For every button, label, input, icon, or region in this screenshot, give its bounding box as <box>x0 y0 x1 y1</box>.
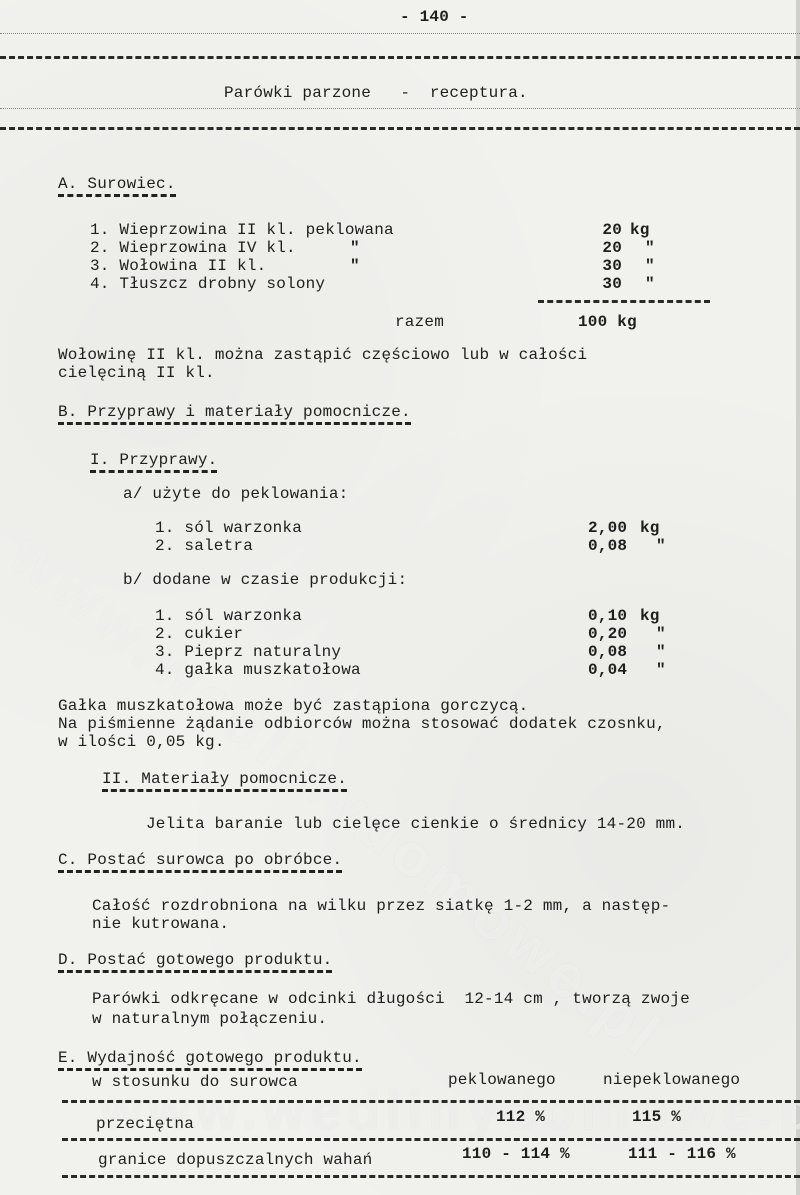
ingredient-label: 4. Tłuszcz drobny solony <box>90 275 325 293</box>
group-heading: a/ użyte do peklowania: <box>123 485 348 503</box>
section-b-heading: B. Przyprawy i materiały pomocnicze. <box>58 403 411 421</box>
table-cell: 112 % <box>496 1108 545 1126</box>
ingredient-label: 1. Wieprzowina II kl. peklowana <box>90 221 394 239</box>
section-b-heading-text: B. Przyprawy i materiały pomocnicze. <box>58 403 411 425</box>
table-cell: 115 % <box>632 1108 681 1126</box>
ingredient-unit: kg <box>630 221 650 239</box>
section-e-heading-text: E. Wydajność gotowego produktu. <box>58 1049 362 1071</box>
divider <box>0 108 800 109</box>
section-e-heading: E. Wydajność gotowego produktu. <box>58 1049 362 1067</box>
paragraph: Całość rozdrobniona na wilku przez siatk… <box>92 897 670 915</box>
table-cell: 111 - 116 % <box>628 1145 736 1163</box>
spice-label: 3. Pieprz naturalny <box>155 643 341 661</box>
ingredient-label: 3. Wołowina II kl. <box>90 257 266 275</box>
spice-label: 1. sól warzonka <box>155 519 302 537</box>
subsection-heading-text: II. Materiały pomocnicze. <box>102 770 347 792</box>
section-a-heading: A. Surowiec. <box>58 175 176 193</box>
note-line: w ilości 0,05 kg. <box>58 733 225 751</box>
note-line: Gałka muszkatołowa może być zastąpiona g… <box>58 697 528 715</box>
table-cell: przeciętna <box>96 1115 194 1133</box>
section-c-heading-text: C. Postać surowca po obróbce. <box>58 851 342 873</box>
subsection-heading: II. Materiały pomocnicze. <box>102 770 347 788</box>
spice-amount: 2,00 <box>588 519 627 537</box>
ingredient-unit: " <box>645 239 655 257</box>
note-line: Na piśmienne żądanie odbiorców można sto… <box>58 715 666 733</box>
section-d-heading: D. Postać gotowego produktu. <box>58 951 332 969</box>
watermark: www.wedlinydomowe.pl <box>0 520 677 1072</box>
ingredient-label: 2. Wieprzowina IV kl. <box>90 239 296 257</box>
spice-amount: 0,08 <box>588 537 627 555</box>
table-cell: 110 - 114 % <box>462 1145 570 1163</box>
spice-unit: kg <box>640 519 660 537</box>
ingredient-amount: 20 <box>560 221 622 239</box>
page-number: - 140 - <box>400 8 469 26</box>
table-header-cell: niepeklowanego <box>603 1071 740 1089</box>
spice-label: 2. cukier <box>155 625 243 643</box>
table-rule <box>62 1138 800 1141</box>
ingredient-amount: 20 <box>560 239 622 257</box>
sum-rule <box>538 300 710 303</box>
spice-unit: " <box>656 537 666 555</box>
ingredient-amount: 30 <box>560 257 622 275</box>
spice-unit: " <box>656 625 666 643</box>
spice-label: 1. sól warzonka <box>155 607 302 625</box>
table-header-cell: peklowanego <box>448 1071 556 1089</box>
ingredient-amount: 30 <box>560 275 622 293</box>
table-rule <box>62 1100 800 1103</box>
paragraph: w naturalnym połączeniu. <box>92 1010 327 1028</box>
page-title: Parówki parzone - receptura. <box>224 84 528 102</box>
note-line: Wołowinę II kl. można zastąpić częściowo… <box>58 346 587 364</box>
ingredient-unit: " <box>645 257 655 275</box>
paragraph: nie kutrowana. <box>92 915 229 933</box>
spice-amount: 0,10 <box>588 607 627 625</box>
paragraph: Parówki odkręcane w odcinki długości 12-… <box>92 990 690 1008</box>
spice-unit: kg <box>640 607 660 625</box>
table-rule <box>62 1175 800 1178</box>
subsection-heading-text: I. Przyprawy. <box>90 451 217 473</box>
subsection-heading: I. Przyprawy. <box>90 451 217 469</box>
spice-label: 4. gałka muszkatołowa <box>155 661 361 679</box>
note-line: cielęciną II kl. <box>58 364 215 382</box>
scan-edge <box>796 0 800 1195</box>
total-label: razem <box>395 313 444 331</box>
spice-amount: 0,20 <box>588 625 627 643</box>
section-c-heading: C. Postać surowca po obróbce. <box>58 851 342 869</box>
divider <box>0 33 800 34</box>
total-amount: 100 kg <box>578 313 637 331</box>
group-heading: b/ dodane w czasie produkcji: <box>123 571 407 589</box>
spice-unit: " <box>656 661 666 679</box>
spice-amount: 0,04 <box>588 661 627 679</box>
ingredient-unit: " <box>645 275 655 293</box>
table-header-cell: w stosunku do surowca <box>92 1073 298 1091</box>
table-cell: granice dopuszczalnych wahań <box>98 1151 372 1169</box>
spice-label: 2. saletra <box>155 537 253 555</box>
divider <box>0 56 800 59</box>
section-d-heading-text: D. Postać gotowego produktu. <box>58 951 332 973</box>
document-page: www.wedlinydomowe.pl www.wedlinydomowe.p… <box>0 0 800 1195</box>
ditto-mark: " <box>350 239 360 257</box>
spice-amount: 0,08 <box>588 643 627 661</box>
section-a-heading-text: A. Surowiec. <box>58 175 176 197</box>
paragraph: Jelita baranie lub cielęce cienkie o śre… <box>146 815 685 833</box>
spice-unit: " <box>656 643 666 661</box>
ditto-mark: " <box>350 257 360 275</box>
divider <box>0 127 800 130</box>
